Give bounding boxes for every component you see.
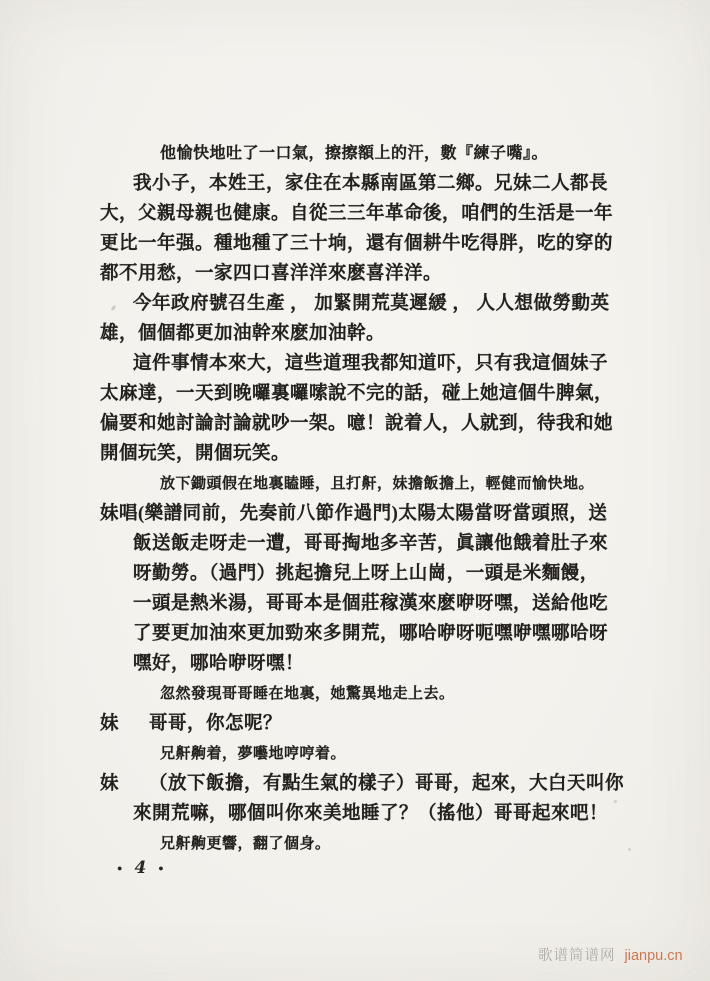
dialog-continuation-line: 來開荒嘛，哪個叫你來美地睡了？（搖他）哥哥起來吧！ [133,799,600,829]
script-line: 我小子，本姓王，家住在本縣南區第二鄉。兄妹二人都長 [133,169,600,199]
lyric-line: 一頭是熱米湯，哥哥本是個莊稼漢來麽咿呀嘿，送給他吃 [133,589,600,619]
script-line: 開個玩笑，開個玩笑。 [100,439,600,469]
script-line: 太麻達，一天到晚囉裏囉嗦說不完的話，碰上她這個牛脾氣， [100,379,600,409]
lyric-line: 了要更加油來更加勁來多開荒，哪哈咿呀呃嘿咿嘿哪哈呀 [133,619,600,649]
page-number: ● 4 ● [117,856,164,880]
stage-direction: 兄鼾齁更響，翻了個身。 [160,829,600,859]
lyric-line: 呀勤勞。（過門）挑起擔兒上呀上山崗，一頭是米麵饅， [133,559,600,589]
script-line: 這件事情本來大，這些道理我都知道吓，只有我這個妹子 [133,349,600,379]
script-line: 大，父親母親也健康。自從三三年革命後，咱們的生活是一年 [100,199,600,229]
script-line: 都不用愁，一家四口喜洋洋來麽喜洋洋。 [100,259,600,289]
lyric-line: 飯送飯走呀走一遭，哥哥掏地多辛苦，眞讓他餓着肚子來 [133,529,600,559]
watermark: 歌谱简谱网 jianpu.cn [538,944,683,965]
script-line: 今年政府號召生產 ， 加緊開荒莫遲緩 ， 人人想做勞動英 [133,289,600,319]
footer-dot-left: ● [117,856,122,880]
stage-direction: 他愉快地吐了一口氣，擦擦額上的汗，數『練子嘴』。 [160,139,600,169]
stage-direction: 放下鋤頭假在地裏瞌睡，且打鼾，妹擔飯擔上，輕健而愉快地。 [160,469,600,499]
footer-dot-right: ● [158,856,163,880]
script-line: 更比一年强。種地種了三十垧，還有個耕牛吃得胖，吃的穿的 [100,229,600,259]
script-line: 偏要和她討論討論就吵一架。噫！說着人，人就到，待我和她 [100,409,600,439]
paper-speck [614,800,617,803]
paper-speck [432,505,436,507]
speaker-label: 妹 [100,709,149,739]
script-text-block: 他愉快地吐了一口氣，擦擦額上的汗，數『練子嘴』。 我小子，本姓王，家住在本縣南區… [100,139,600,859]
dialog-text: （放下飯擔，有點生氣的樣子）哥哥，起來，大白天叫你 [149,769,624,799]
paper-speck [628,848,631,851]
script-line: 雄，個個都更加油幹來麽加油幹。 [100,319,600,349]
watermark-site-name: 歌谱简谱网 [538,948,616,964]
lyric-line: 嘿好，哪哈咿呀嘿！ [133,649,600,679]
page-number-value: 4 [134,858,146,878]
speaker-label: 妹 [100,769,149,799]
lyric-line: 妹唱(樂譜同前，先奏前八節作過門)太陽太陽當呀當頭照，送 [100,499,600,529]
dialog-line: 妹 哥哥，你怎呢？ [100,709,600,739]
watermark-site-url: jianpu.cn [625,948,683,964]
dialog-text: 哥哥，你怎呢？ [149,709,282,739]
scanned-script-page: 他愉快地吐了一口氣，擦擦額上的汗，數『練子嘴』。 我小子，本姓王，家住在本縣南區… [0,0,710,981]
dialog-line: 妹 （放下飯擔，有點生氣的樣子）哥哥，起來，大白天叫你 [100,769,600,799]
stage-direction: 忽然發現哥哥睡在地裏，她驚異地走上去。 [160,679,600,709]
stage-direction: 兄鼾齁着，夢囈地哼哼着。 [160,739,600,769]
